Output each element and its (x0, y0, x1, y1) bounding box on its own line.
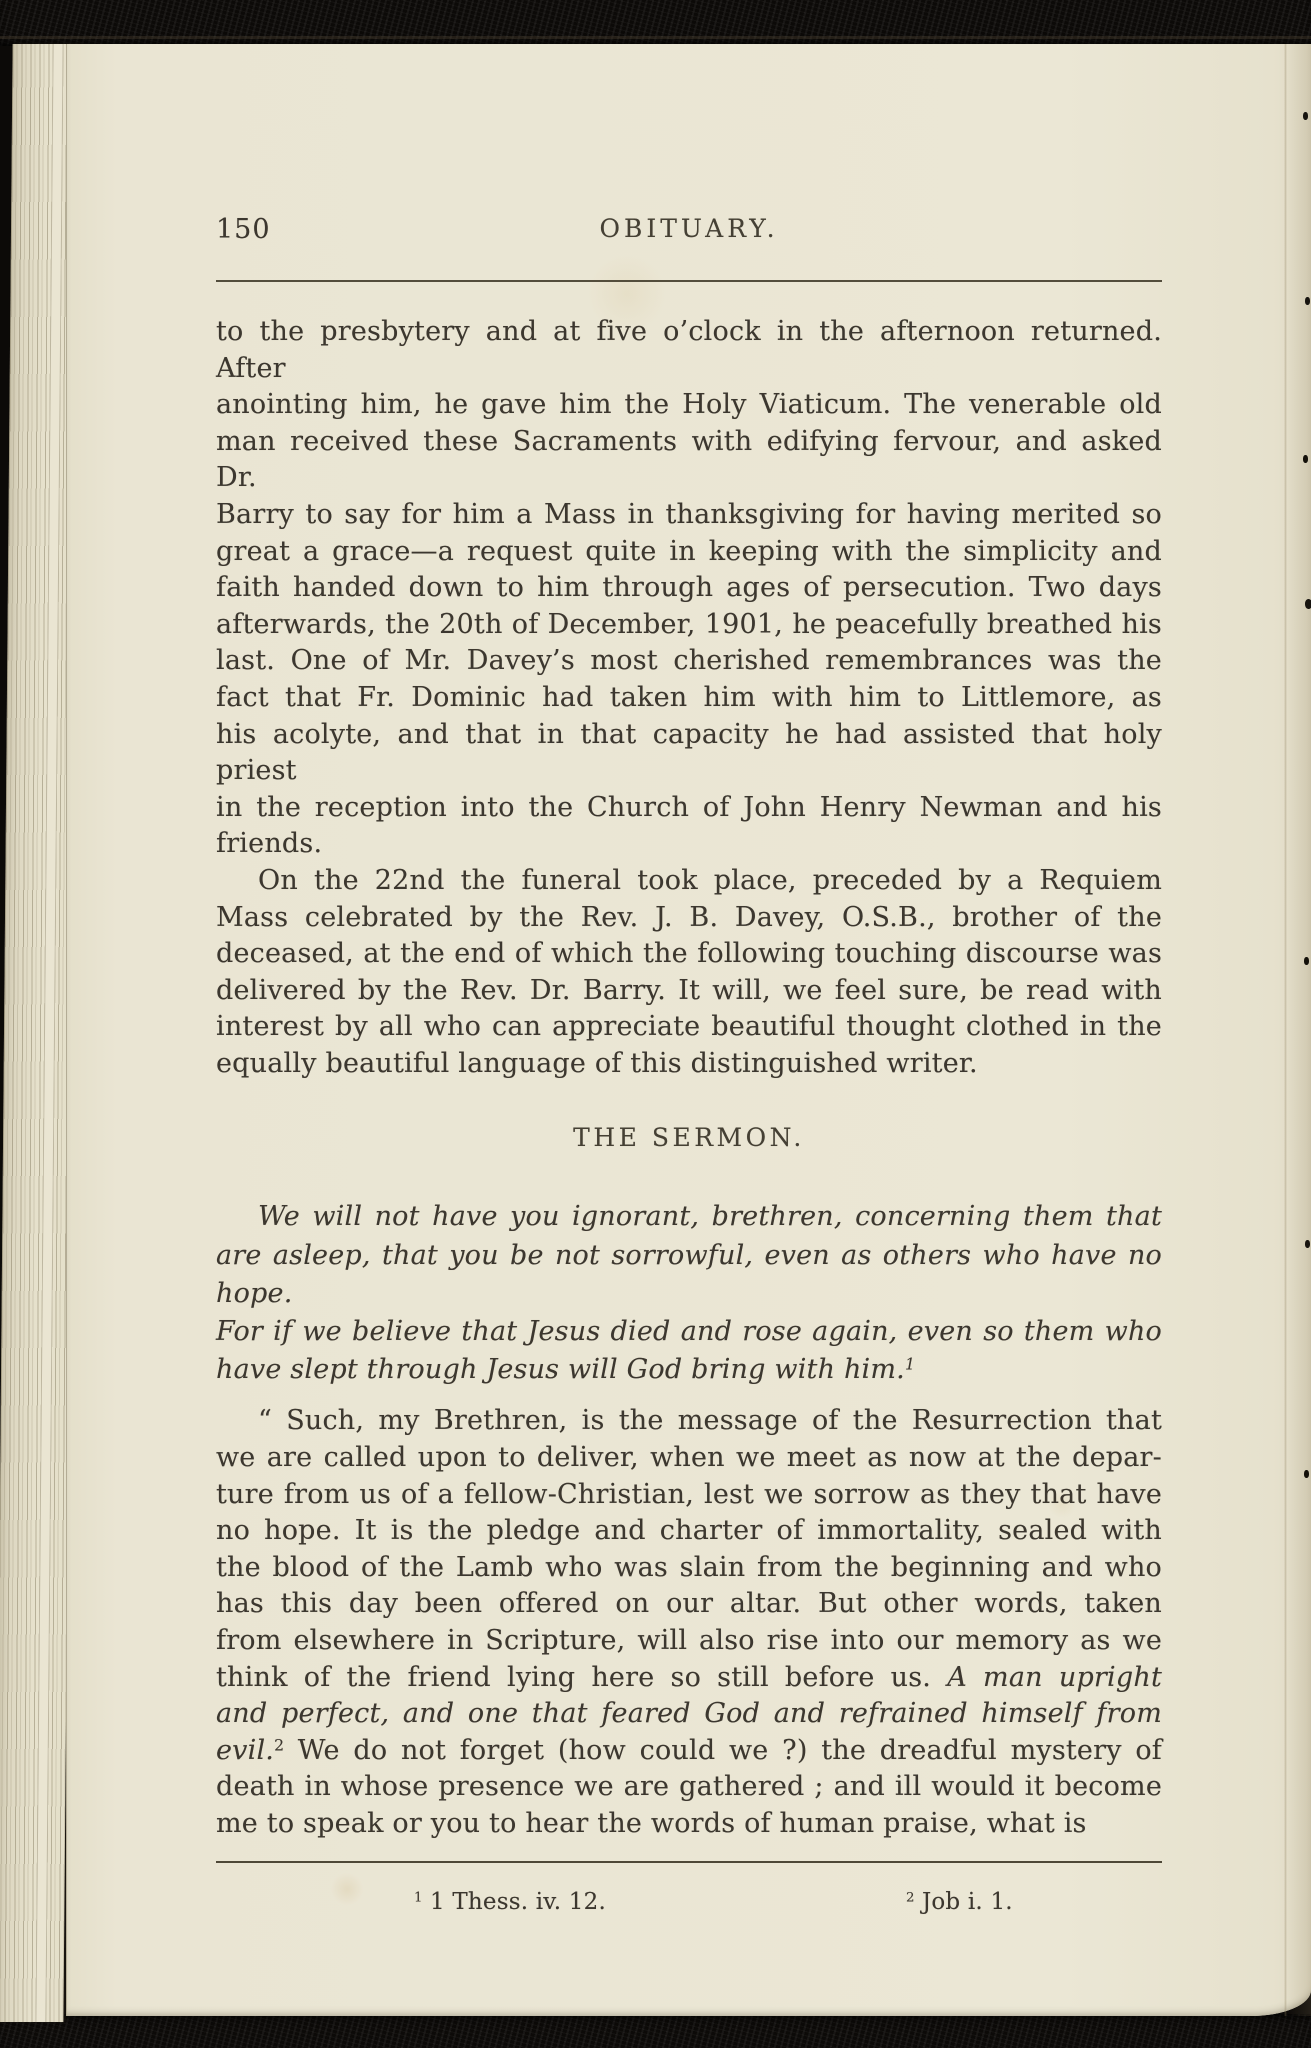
text-line: from elsewhere in Scripture, will also r… (216, 1623, 1162, 1660)
text-segment: evil. (216, 1735, 274, 1766)
text-segment: equally beautiful language of this disti… (216, 1048, 978, 1079)
running-title: OBITUARY. (216, 214, 1162, 243)
text-segment: A man upright (947, 1662, 1162, 1693)
text-line: in the reception into the Church of John… (216, 790, 1162, 827)
text-segment: On the 22nd the funeral took place, prec… (258, 865, 1162, 896)
text-segment: ture from us of a fellow-Christian, lest… (216, 1479, 1162, 1510)
footnote-job: 2 Job i. 1. (906, 1889, 1013, 1915)
text-segment: We will not have you ignorant, brethren,… (258, 1201, 1162, 1232)
text-line: are asleep, that you be not sorrowful, e… (216, 1237, 1162, 1313)
footnote-text-1: 1 Thess. iv. 12. (430, 1889, 606, 1915)
text-line: We will not have you ignorant, brethren,… (216, 1198, 1162, 1236)
text-segment: Barry to say for him a Mass in thanksgiv… (216, 499, 1162, 530)
text-block: 150 OBITUARY. to the presbytery and at f… (216, 214, 1162, 1915)
text-line: afterwards, the 20th of December, 1901, … (216, 607, 1162, 644)
sermon-paragraph: “ Such, my Brethren, is the message of t… (216, 1403, 1162, 1842)
text-segment: anointing him, he gave him the Holy Viat… (216, 389, 1162, 420)
text-line: and perfect, and one that feared God and… (216, 1696, 1162, 1733)
footnote-thessalonians: 1 1 Thess. iv. 12. (414, 1889, 606, 1915)
text-line: death in whose presence we are gathered … (216, 1769, 1162, 1806)
text-line: friends. (216, 826, 1162, 863)
page-header: 150 OBITUARY. (216, 214, 1162, 254)
text-segment: man received these Sacraments with edify… (216, 426, 1162, 494)
text-segment: last. One of Mr. Davey’s most cherished … (216, 645, 1162, 676)
paragraph-area: to the presbytery and at five o’clock in… (216, 314, 1162, 1843)
text-segment: and perfect, and one that feared God and… (216, 1698, 1162, 1729)
text-segment: deceased, at the end of which the follow… (216, 938, 1162, 969)
scripture-quote: We will not have you ignorant, brethren,… (216, 1198, 1162, 1389)
text-segment: has this day been offered on our altar. … (216, 1588, 1162, 1619)
footnote-text-2: Job i. 1. (922, 1889, 1013, 1915)
text-line: equally beautiful language of this disti… (216, 1046, 1162, 1083)
text-line: anointing him, he gave him the Holy Viat… (216, 387, 1162, 424)
text-line: faith handed down to him through ages of… (216, 570, 1162, 607)
text-line: think of the friend lying here so still … (216, 1660, 1162, 1697)
text-segment: delivered by the Rev. Dr. Barry. It will… (216, 975, 1162, 1006)
text-line: interest by all who can appreciate beaut… (216, 1009, 1162, 1046)
text-line: the blood of the Lamb who was slain from… (216, 1550, 1162, 1587)
text-segment: in the reception into the Church of John… (216, 792, 1162, 823)
text-segment: from elsewhere in Scripture, will also r… (216, 1625, 1162, 1656)
page-right-crease (1284, 44, 1287, 2016)
scan-edge-marks (1303, 112, 1308, 120)
text-line: Mass celebrated by the Rev. J. B. Davey,… (216, 900, 1162, 937)
text-line: “ Such, my Brethren, is the message of t… (216, 1403, 1162, 1440)
footnotes: 1 1 Thess. iv. 12. 2 Job i. 1. (216, 1889, 1162, 1915)
text-segment: we are called upon to deliver, when we m… (216, 1442, 1162, 1473)
text-segment: “ Such, my Brethren, is the message of t… (258, 1405, 1162, 1436)
text-line: last. One of Mr. Davey’s most cherished … (216, 643, 1162, 680)
text-line: fact that Fr. Dominic had taken him with… (216, 680, 1162, 717)
page-right-shading (1287, 44, 1311, 2016)
text-segment: afterwards, the 20th of December, 1901, … (216, 609, 1162, 640)
text-segment: the blood of the Lamb who was slain from… (216, 1552, 1162, 1583)
text-segment: have slept through Jesus will God bring … (216, 1354, 905, 1385)
text-segment: fact that Fr. Dominic had taken him with… (216, 682, 1162, 713)
footnote-reference: 2 (274, 1735, 284, 1754)
book-cover-bottom-edge (0, 2014, 1311, 2048)
text-line: his acolyte, and that in that capacity h… (216, 717, 1162, 790)
text-segment: great a grace—a request quite in keeping… (216, 536, 1162, 567)
text-line: On the 22nd the funeral took place, prec… (216, 863, 1162, 900)
text-line: For if we believe that Jesus died and ro… (216, 1313, 1162, 1351)
text-segment: me to speak or you to hear the words of … (216, 1808, 1087, 1839)
text-line: to the presbytery and at five o’clock in… (216, 314, 1162, 387)
text-segment: We do not forget (how could we ?) the dr… (284, 1735, 1162, 1766)
footnote-reference: 1 (905, 1355, 915, 1374)
book-page: 150 OBITUARY. to the presbytery and at f… (66, 44, 1311, 2016)
footnote-marker-2: 2 (906, 1890, 914, 1905)
funeral-paragraph: On the 22nd the funeral took place, prec… (216, 863, 1162, 1083)
text-line: evil.2 We do not forget (how could we ?)… (216, 1733, 1162, 1770)
text-line: ture from us of a fellow-Christian, lest… (216, 1477, 1162, 1514)
text-segment: friends. (216, 828, 322, 859)
text-line: me to speak or you to hear the words of … (216, 1806, 1162, 1843)
text-segment: no hope. It is the pledge and charter of… (216, 1515, 1162, 1546)
scanned-book-page: 150 OBITUARY. to the presbytery and at f… (0, 0, 1311, 2048)
text-line: great a grace—a request quite in keeping… (216, 534, 1162, 571)
text-segment: For if we believe that Jesus died and ro… (216, 1316, 1162, 1347)
text-segment: interest by all who can appreciate beaut… (216, 1011, 1162, 1042)
text-line: no hope. It is the pledge and charter of… (216, 1513, 1162, 1550)
text-line: have slept through Jesus will God bring … (216, 1351, 1162, 1389)
text-line: man received these Sacraments with edify… (216, 424, 1162, 497)
text-segment: to the presbytery and at five o’clock in… (216, 316, 1162, 384)
continuation-paragraph: to the presbytery and at five o’clock in… (216, 314, 1162, 863)
text-line: has this day been offered on our altar. … (216, 1586, 1162, 1623)
text-line: delivered by the Rev. Dr. Barry. It will… (216, 973, 1162, 1010)
text-segment: are asleep, that you be not sorrowful, e… (216, 1240, 1162, 1309)
footnote-rule (216, 1861, 1162, 1863)
text-segment: faith handed down to him through ages of… (216, 572, 1162, 603)
text-segment: Mass celebrated by the Rev. J. B. Davey,… (216, 902, 1162, 933)
text-segment: death in whose presence we are gathered … (216, 1771, 1162, 1802)
text-line: Barry to say for him a Mass in thanksgiv… (216, 497, 1162, 534)
header-rule (216, 280, 1162, 282)
text-line: deceased, at the end of which the follow… (216, 936, 1162, 973)
text-line: we are called upon to deliver, when we m… (216, 1440, 1162, 1477)
text-segment: his acolyte, and that in that capacity h… (216, 719, 1162, 787)
book-cover-top-edge (0, 0, 1311, 46)
text-segment: think of the friend lying here so still … (216, 1662, 947, 1693)
sermon-heading: THE SERMON. (216, 1120, 1162, 1156)
page-edge-gap (35, 44, 63, 2022)
footnote-marker-1: 1 (414, 1890, 422, 1905)
